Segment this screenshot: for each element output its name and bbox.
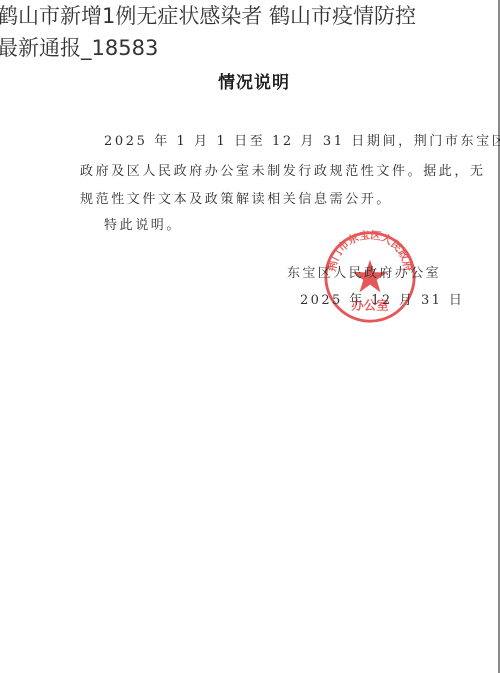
paragraph-line-1: 2025 年 1 月 1 日至 12 月 31 日期间，荆门市东宝区人民: [104, 130, 500, 149]
article-headline: 鹤山市新增1例无症状感染者 鹤山市疫情防控 最新通报_18583: [0, 0, 500, 64]
headline-line-2: 最新通报_18583: [0, 32, 500, 64]
signature-date: 2025 年 12 月 31 日: [300, 289, 464, 308]
paragraph-closing: 特此说明。: [104, 214, 182, 233]
document-title: 情况说明: [218, 68, 290, 93]
paragraph-line-2: 政府及区人民政府办公室未制发行政规范性文件。据此，无: [80, 160, 486, 179]
signature-organization: 东宝区人民政府办公室: [287, 262, 441, 281]
headline-line-1: 鹤山市新增1例无症状感染者 鹤山市疫情防控: [0, 0, 500, 32]
paragraph-line-3: 规范性文件文本及政策解读相关信息需公开。: [80, 188, 392, 207]
